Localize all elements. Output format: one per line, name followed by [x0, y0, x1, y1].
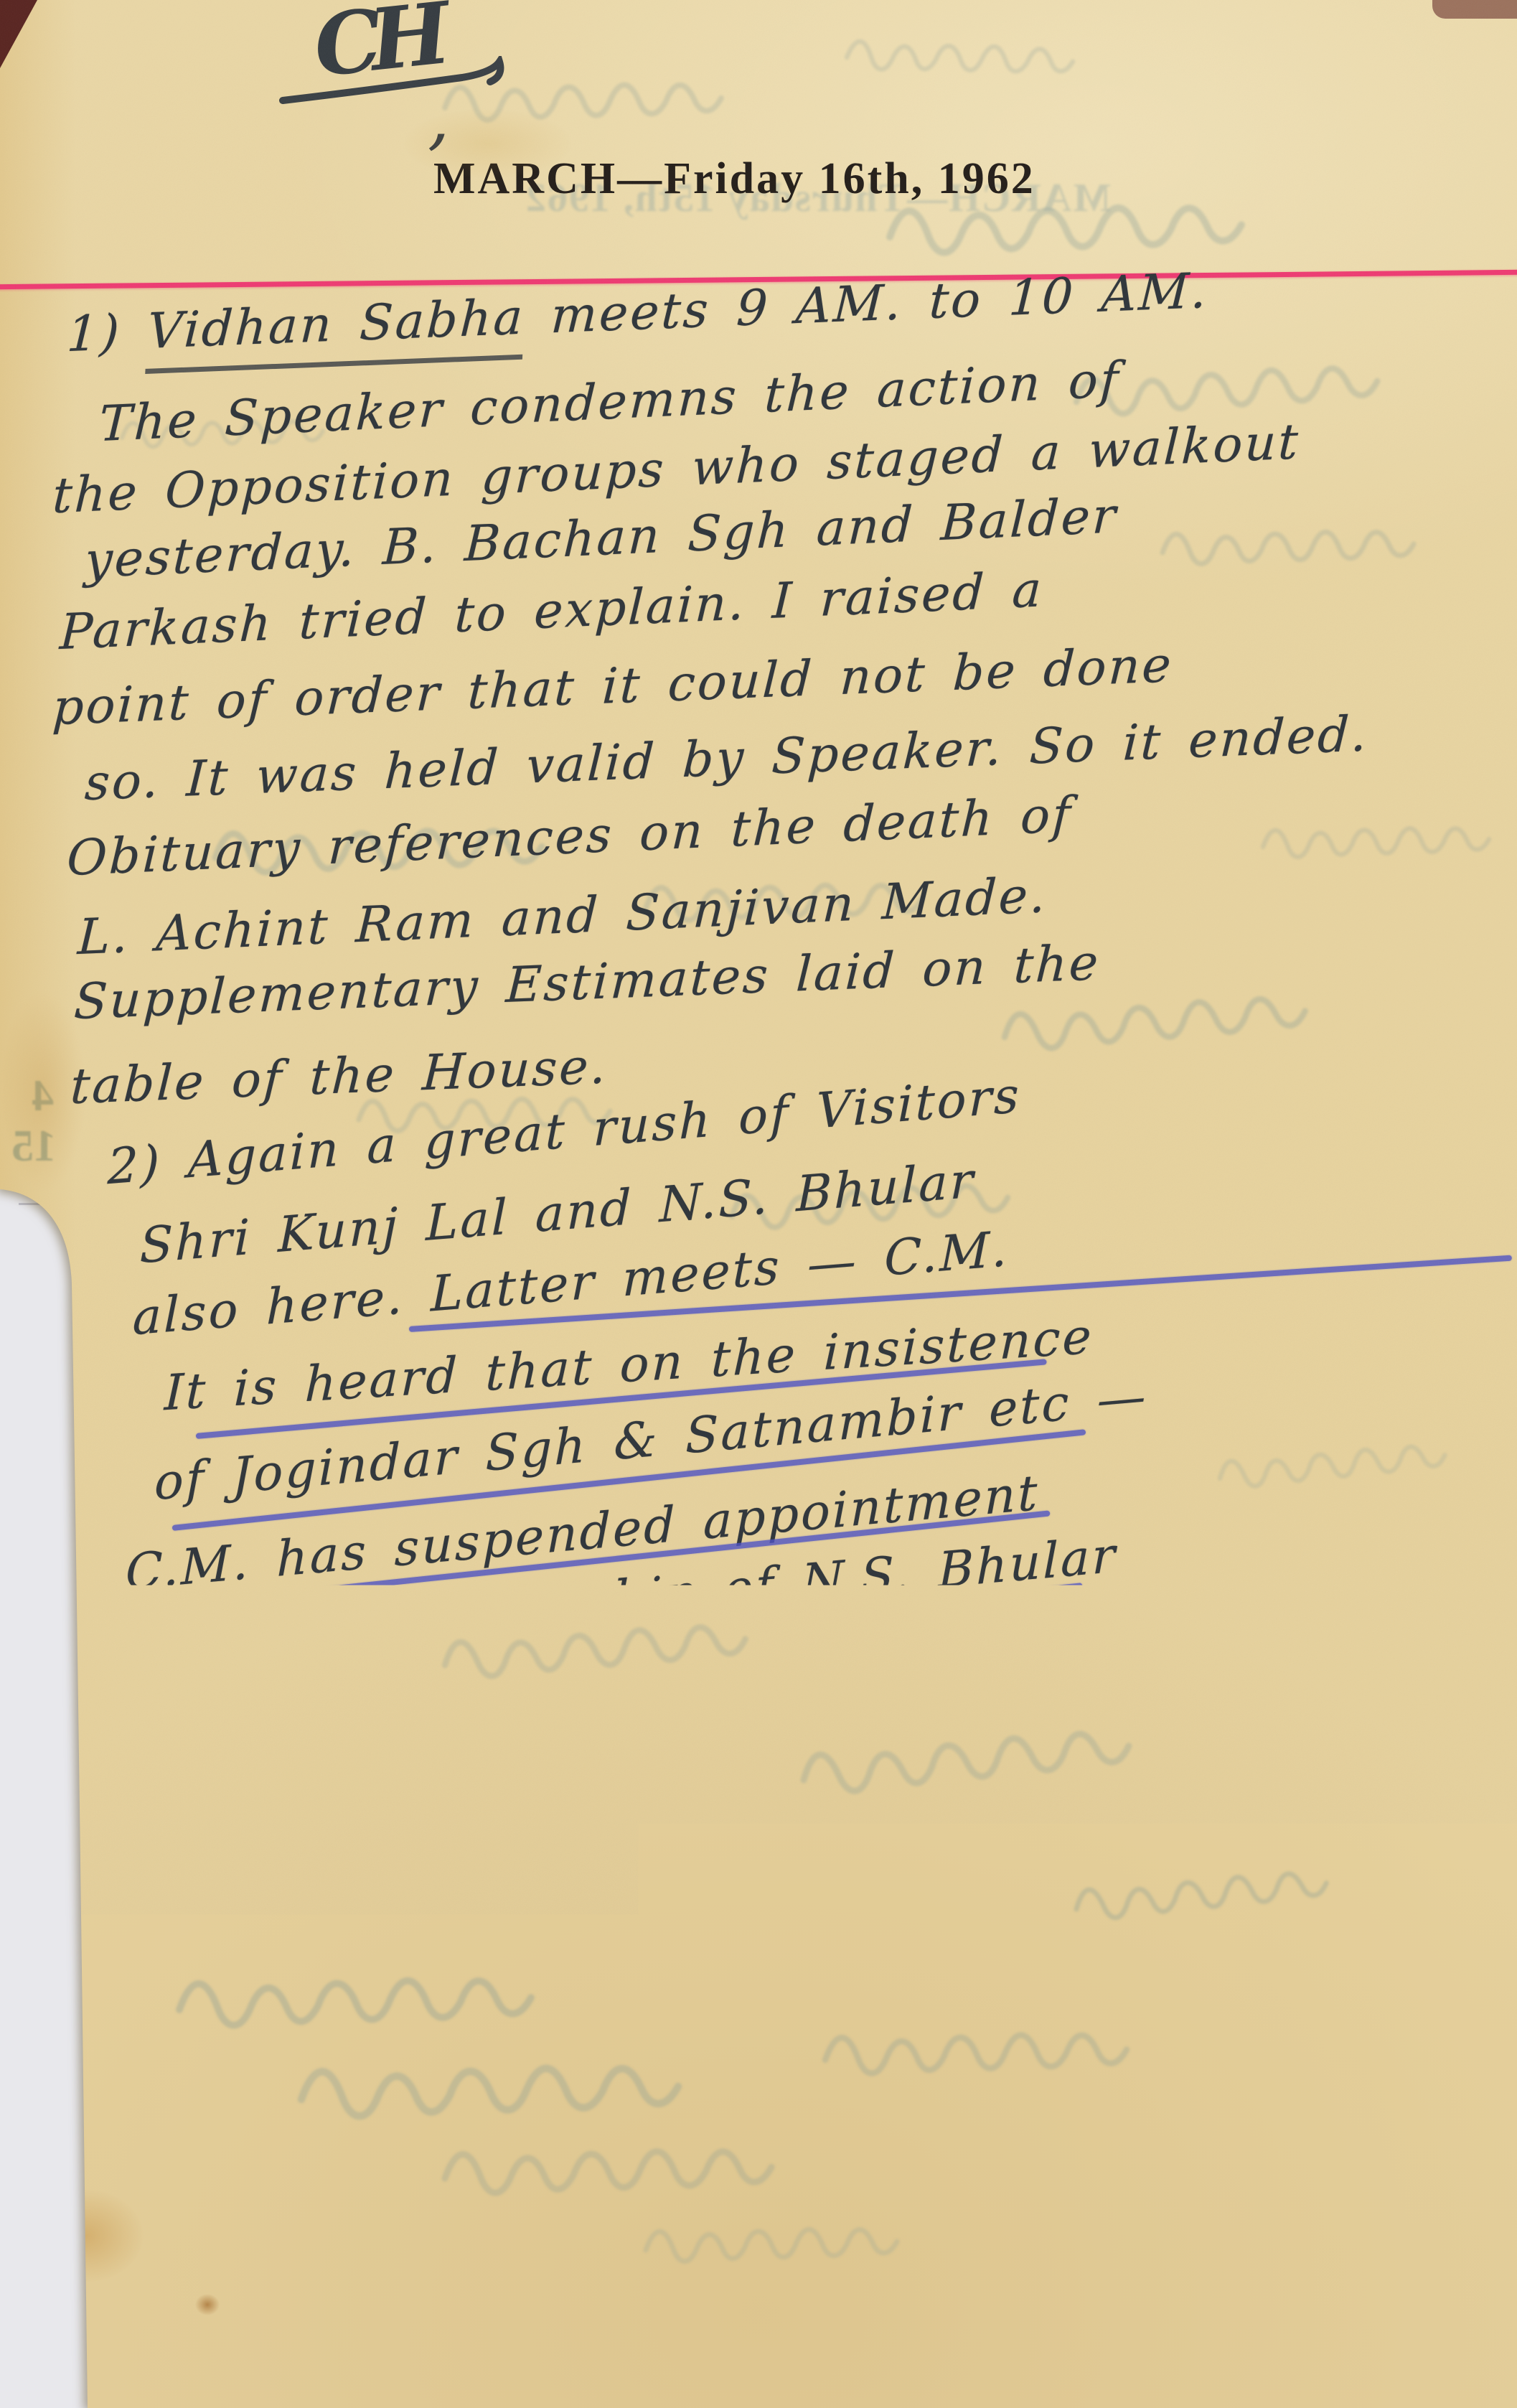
flourish-comma: , [428, 78, 450, 158]
diary-line: table of the House. [69, 1040, 609, 1115]
ghost-page-number: 4 [32, 1071, 54, 1122]
line-rest: meets 9 AM. to 10 AM. [523, 263, 1210, 346]
diary-page: CH , MARCH—Thursday 15th, 1962 MARCH—Fri… [0, 0, 1517, 2408]
scanned-diary-page: CH , MARCH—Thursday 15th, 1962 MARCH—Fri… [0, 0, 1517, 2408]
corner-binding-mark-left [0, 0, 37, 68]
paper-stain [195, 2294, 220, 2315]
diary-page-wrap: CH , MARCH—Thursday 15th, 1962 MARCH—Fri… [0, 0, 1517, 2408]
entry-number: 1) [65, 304, 149, 364]
ghost-page-number: 15 [11, 1121, 56, 1172]
paper-stain [29, 2189, 144, 2282]
ch-underline-stroke [274, 56, 532, 142]
ink-underlined-phrase: Vidhan Sabha [146, 289, 526, 373]
corner-binding-mark-right [1432, 0, 1517, 19]
page-date-header: MARCH—Friday 16th, 1962 [433, 154, 1035, 205]
